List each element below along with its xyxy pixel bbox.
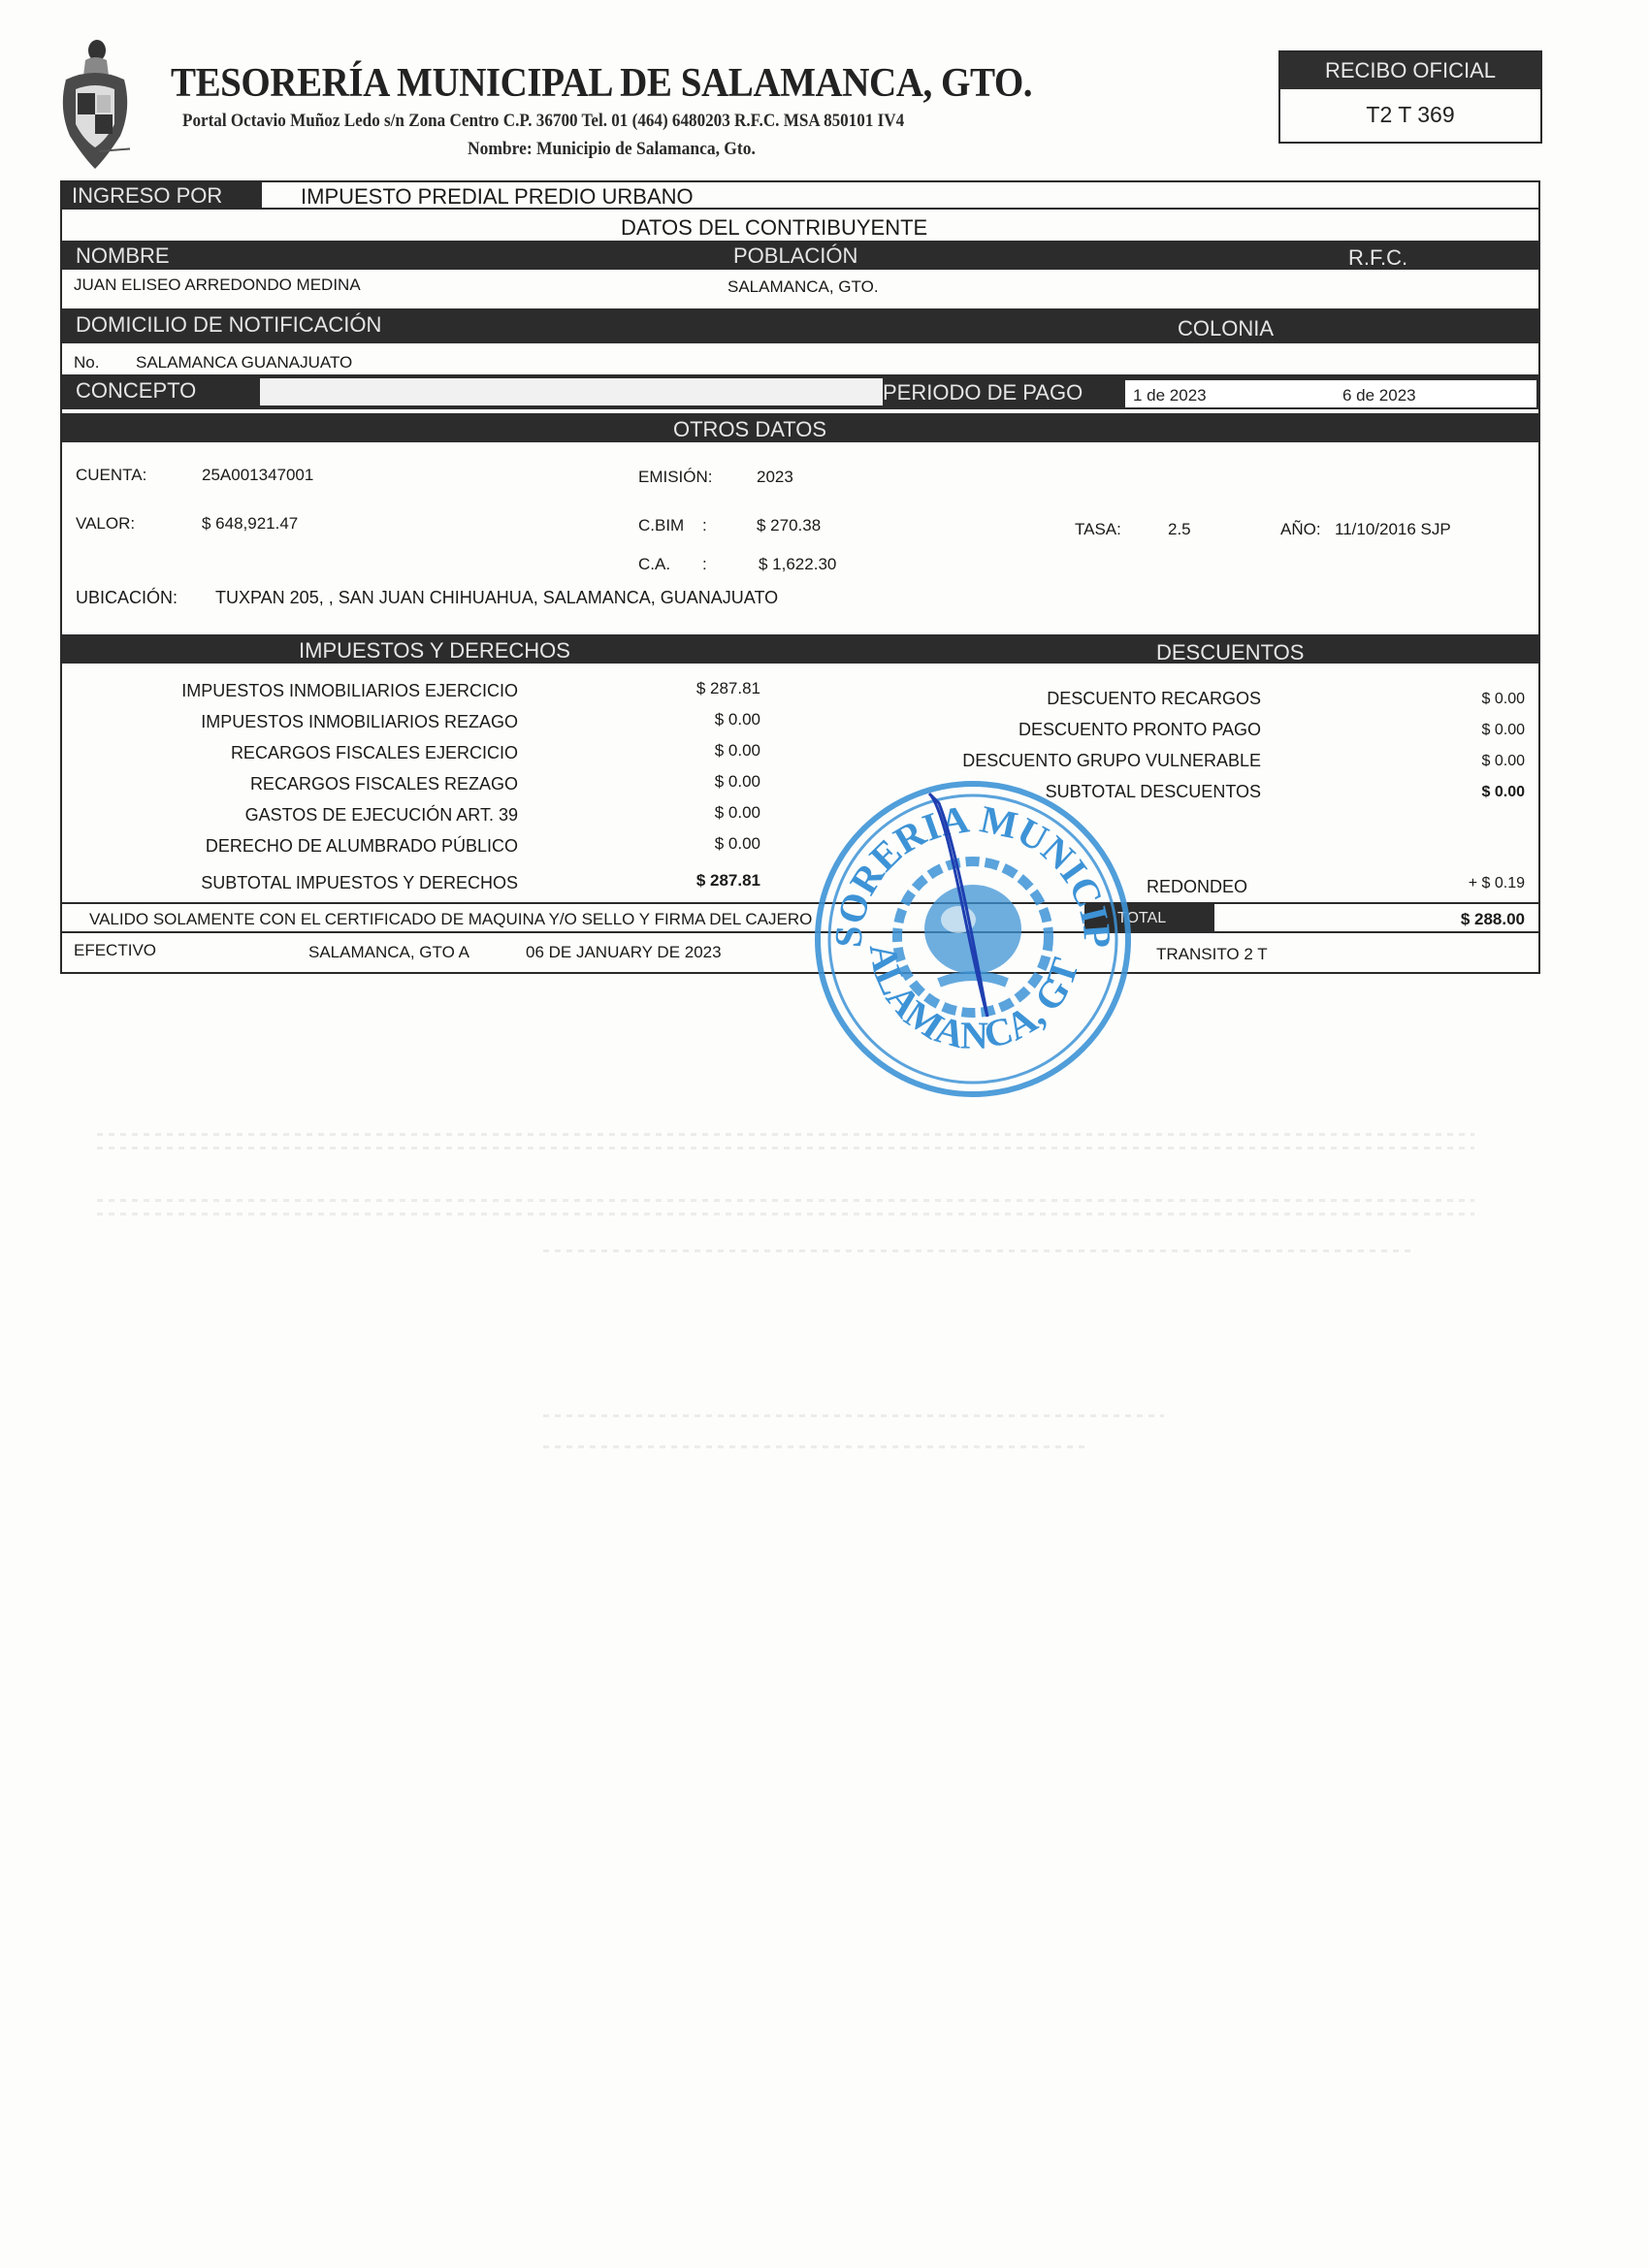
official-receipt-label: RECIBO OFICIAL [1280, 52, 1540, 89]
nombre-label: NOMBRE [76, 243, 170, 269]
treasury-name: Nombre: Municipio de Salamanca, Gto. [468, 139, 756, 160]
emision-label: EMISIÓN: [638, 468, 713, 487]
ca-separator: : [702, 555, 707, 574]
impuesto-amount: $ 0.00 [715, 772, 760, 792]
descuento-label: DESCUENTO GRUPO VULNERABLE [962, 751, 1261, 771]
anio-value: 11/10/2016 SJP [1335, 520, 1451, 539]
nombre-value: JUAN ELISEO ARREDONDO MEDINA [74, 275, 361, 295]
impuesto-amount: $ 287.81 [696, 679, 760, 698]
treasury-address: Portal Octavio Muñoz Ledo s/n Zona Centr… [182, 111, 904, 132]
impuesto-label: DERECHO DE ALUMBRADO PÚBLICO [206, 836, 518, 857]
receipt-folio: T2 T 369 [1280, 89, 1540, 142]
descuento-amount: $ 0.00 [1482, 691, 1525, 708]
concepto-label: CONCEPTO [76, 378, 196, 404]
treasury-title: TESORERÍA MUNICIPAL DE SALAMANCA, GTO. [171, 60, 1032, 107]
impuesto-label: RECARGOS FISCALES REZAGO [250, 774, 518, 794]
descuento-label: DESCUENTO RECARGOS [1047, 689, 1261, 709]
cbim-value: $ 270.38 [757, 516, 821, 535]
poblacion-label: POBLACIÓN [733, 243, 857, 269]
descuento-amount: $ 0.00 [1482, 753, 1525, 770]
validez-note: VALIDO SOLAMENTE CON EL CERTIFICADO DE M… [89, 910, 812, 929]
redondeo-amount: + $ 0.19 [1469, 875, 1525, 892]
redondeo-label: REDONDEO [1147, 877, 1247, 897]
periodo-hasta: 6 de 2023 [1342, 386, 1416, 405]
total-amount: $ 288.00 [1461, 910, 1525, 929]
periodo-label: PERIODO DE PAGO [883, 380, 1083, 405]
impuesto-label: IMPUESTOS INMOBILIARIOS EJERCICIO [181, 681, 518, 701]
tasa-value: 2.5 [1168, 520, 1191, 539]
impuestos-title: IMPUESTOS Y DERECHOS [299, 638, 570, 664]
poblacion-value: SALAMANCA, GTO. [727, 277, 879, 297]
valor-value: $ 648,921.47 [202, 514, 298, 534]
caja: TRANSITO 2 T [1156, 945, 1268, 964]
domicilio-label: DOMICILIO DE NOTIFICACIÓN [76, 312, 381, 338]
impuestos-subtotal-amount: $ 287.81 [696, 871, 760, 891]
municipal-crest-icon [60, 37, 130, 173]
impuestos-subtotal-label: SUBTOTAL IMPUESTOS Y DERECHOS [201, 873, 518, 893]
domicilio-value: SALAMANCA GUANAJUATO [136, 353, 352, 373]
emision-value: 2023 [757, 468, 793, 487]
ubicacion-value: TUXPAN 205, , SAN JUAN CHIHUAHUA, SALAMA… [215, 588, 778, 608]
periodo-field: 1 de 2023 6 de 2023 [1125, 380, 1536, 407]
total-label: TOTAL [1117, 910, 1166, 927]
contribuyente-title: DATOS DEL CONTRIBUYENTE [621, 215, 927, 241]
valor-label: VALOR: [76, 514, 135, 534]
anio-label: AÑO: [1280, 520, 1321, 539]
rfc-label: R.F.C. [1348, 245, 1407, 271]
impuesto-amount: $ 0.00 [715, 803, 760, 823]
descuentos-subtotal-label: SUBTOTAL DESCUENTOS [1046, 782, 1261, 802]
domicilio-header-bar: DOMICILIO DE NOTIFICACIÓN COLONIA [62, 308, 1538, 343]
official-receipt-box: RECIBO OFICIAL T2 T 369 [1278, 50, 1542, 144]
ubicacion-label: UBICACIÓN: [76, 588, 178, 608]
impuesto-label: IMPUESTOS INMOBILIARIOS REZAGO [201, 712, 518, 732]
cbim-separator: : [702, 516, 707, 535]
fecha: 06 DE JANUARY DE 2023 [526, 943, 722, 962]
periodo-desde: 1 de 2023 [1133, 386, 1207, 405]
domicilio-no-label: No. [74, 353, 99, 373]
descuento-amount: $ 0.00 [1482, 722, 1525, 739]
cuenta-label: CUENTA: [76, 466, 146, 485]
lugar: SALAMANCA, GTO A [308, 943, 469, 962]
impuesto-label: RECARGOS FISCALES EJERCICIO [231, 743, 518, 763]
otros-datos-title: OTROS DATOS [673, 417, 826, 442]
descuento-label: DESCUENTO PRONTO PAGO [1018, 720, 1261, 740]
ingreso-label-bar: INGRESO POR [62, 182, 262, 208]
impuesto-amount: $ 0.00 [715, 741, 760, 761]
contribuyente-header-bar: NOMBRE POBLACIÓN R.F.C. [62, 241, 1538, 270]
concepto-field [260, 378, 883, 405]
cbim-label: C.BIM [638, 516, 684, 535]
concepto-bar: CONCEPTO PERIODO DE PAGO 1 de 2023 6 de … [62, 374, 1538, 409]
ingreso-label: INGRESO POR [72, 183, 222, 209]
total-label-bar: TOTAL [1084, 904, 1214, 931]
descuentos-subtotal-amount: $ 0.00 [1482, 784, 1525, 801]
ca-label: C.A. [638, 555, 670, 574]
colonia-label: COLONIA [1178, 316, 1274, 341]
otros-datos-bar: OTROS DATOS [62, 413, 1538, 442]
descuentos-title: DESCUENTOS [1156, 640, 1304, 665]
impuesto-amount: $ 0.00 [715, 710, 760, 729]
tasa-label: TASA: [1075, 520, 1121, 539]
impuestos-descuentos-bar: IMPUESTOS Y DERECHOS DESCUENTOS [62, 634, 1538, 664]
receipt-form: INGRESO POR IMPUESTO PREDIAL PREDIO URBA… [60, 180, 1540, 974]
ingreso-value: IMPUESTO PREDIAL PREDIO URBANO [301, 184, 694, 210]
forma-pago: EFECTIVO [74, 941, 156, 960]
impuesto-amount: $ 0.00 [715, 834, 760, 854]
impuesto-label: GASTOS DE EJECUCIÓN ART. 39 [245, 805, 518, 826]
cuenta-value: 25A001347001 [202, 466, 313, 485]
ca-value: $ 1,622.30 [759, 555, 836, 574]
